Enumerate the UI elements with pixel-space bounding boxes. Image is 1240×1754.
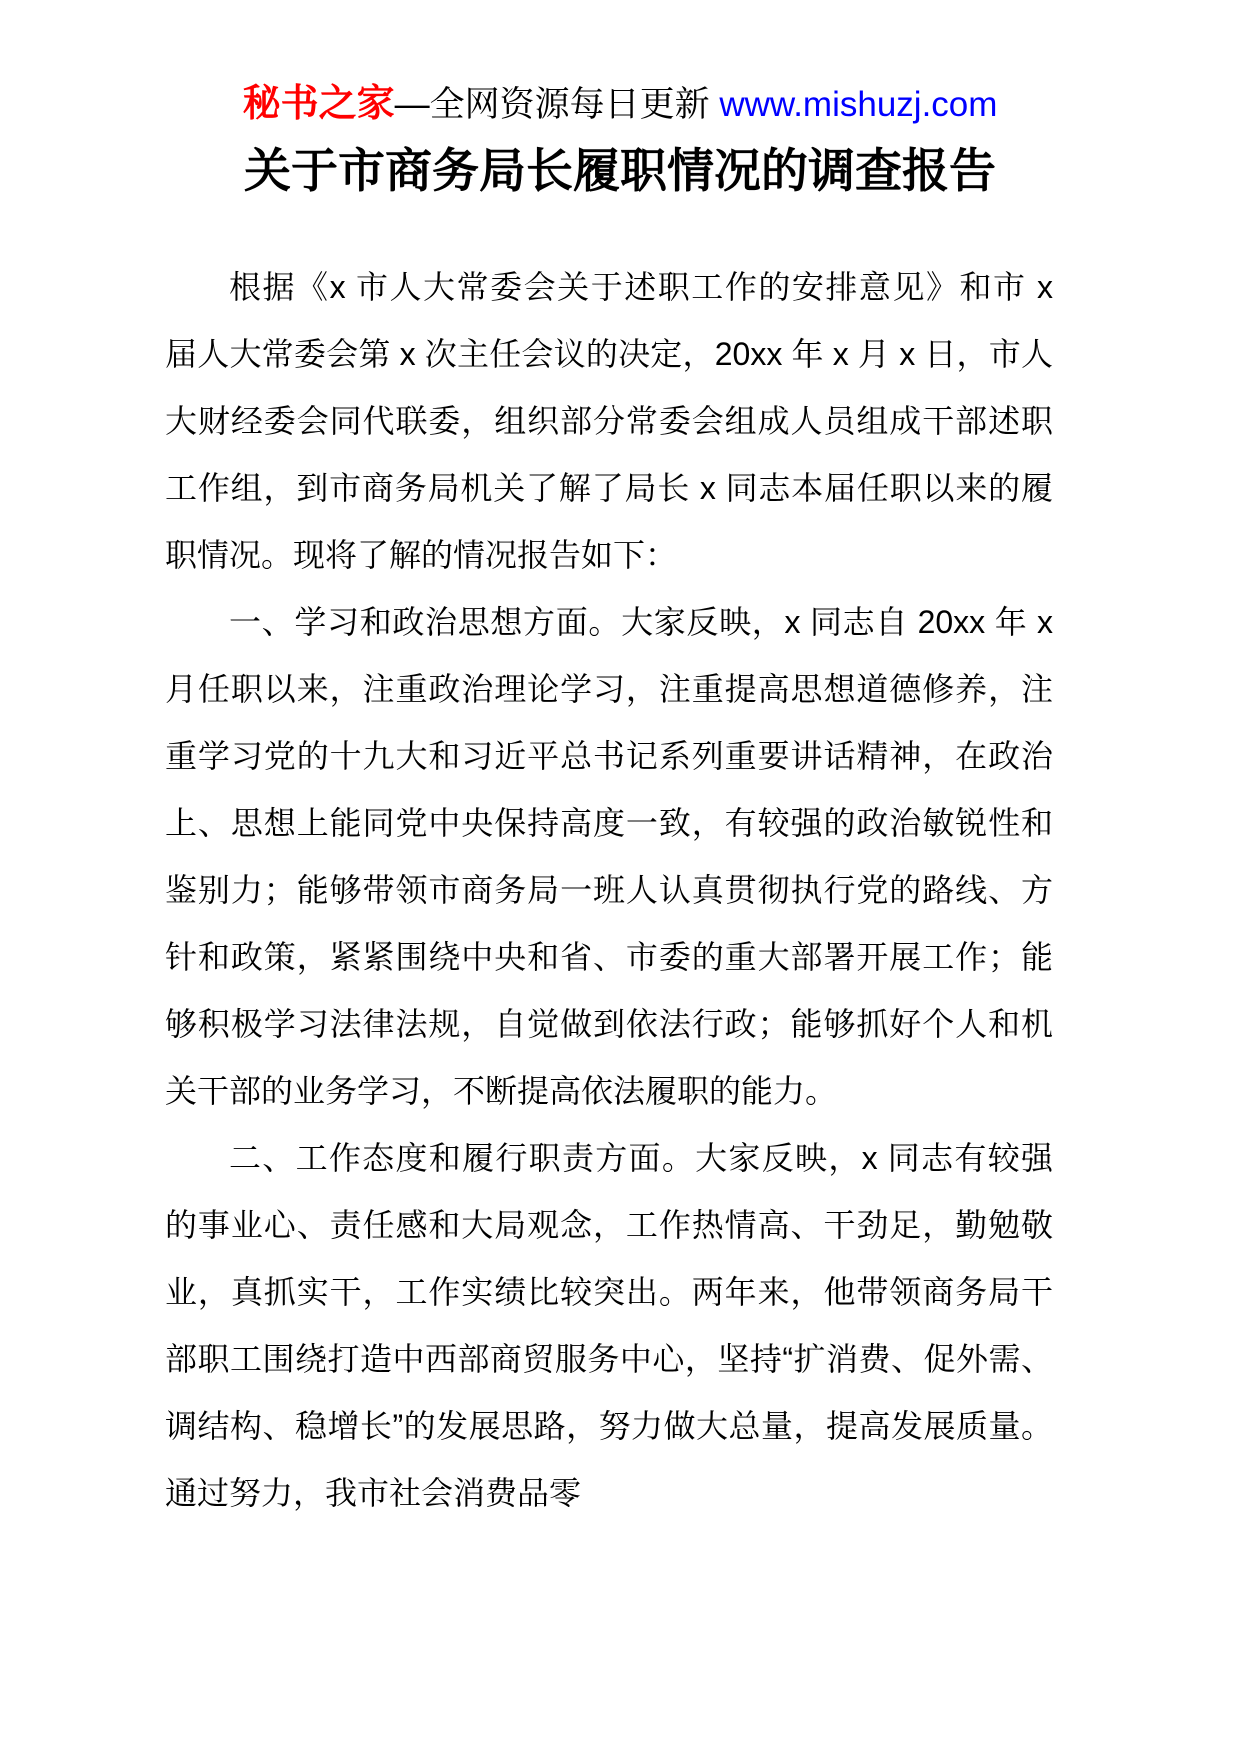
site-url-link[interactable]: www.mishuzj.com [719, 85, 997, 124]
header-tagline: —全网资源每日更新 [395, 85, 720, 124]
document-body: 根据《x 市人大常委会关于述职工作的安排意见》和市 x 届人大常委会第 x 次主… [165, 254, 1053, 1527]
body-paragraph: 根据《x 市人大常委会关于述职工作的安排意见》和市 x 届人大常委会第 x 次主… [165, 254, 1053, 589]
body-paragraph: 一、学习和政治思想方面。大家反映，x 同志自 20xx 年 x 月任职以来，注重… [165, 589, 1053, 1125]
site-name-label: 秘书之家 [243, 83, 395, 125]
document-page: 秘书之家—全网资源每日更新 www.mishuzj.com 关于市商务局长履职情… [0, 0, 1240, 1754]
page-title: 关于市商务局长履职情况的调查报告 [0, 140, 1240, 202]
promo-header: 秘书之家—全网资源每日更新 www.mishuzj.com [0, 80, 1240, 129]
body-paragraph: 二、工作态度和履行职责方面。大家反映，x 同志有较强的事业心、责任感和大局观念，… [165, 1125, 1053, 1527]
